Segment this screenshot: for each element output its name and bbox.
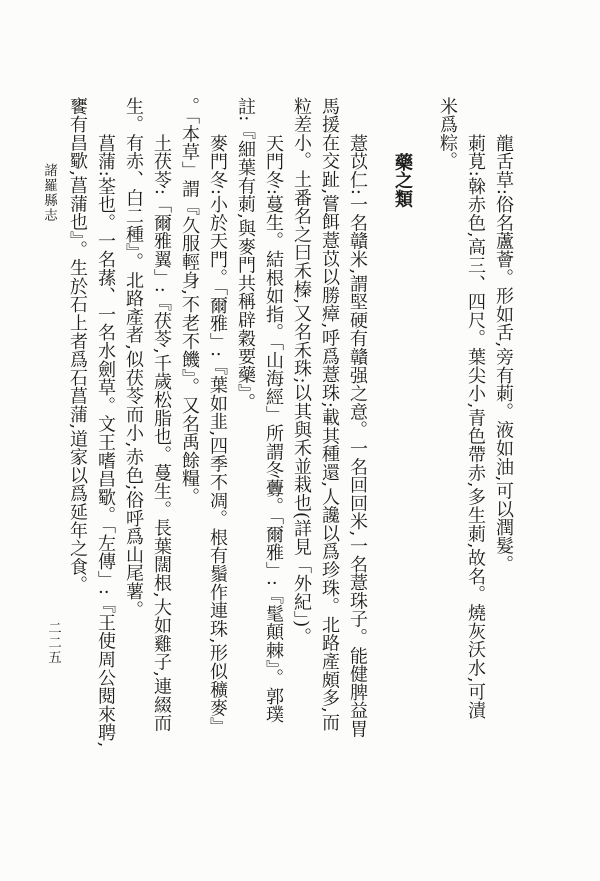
section-heading: 藥之類 bbox=[388, 97, 416, 797]
book-title: 諸羅縣志 bbox=[41, 163, 57, 223]
text-column: 天門冬:蔓生。結根如指。「山海經」所謂冬虋。「爾雅」:『髦顛棘』。郭璞 bbox=[259, 97, 287, 797]
body-text-block: 龍舌草:俗名蘆薈。形如舌,旁有莿。液如油,可以潤髮。 莿莧:榦赤色,高三、四尺。… bbox=[63, 97, 517, 797]
page-number: 二二五 bbox=[45, 621, 61, 665]
text-column: 莿莧:榦赤色,高三、四尺。葉尖小,青色帶赤,多生莿,故名。燒灰沃水,可漬 bbox=[461, 97, 489, 797]
text-column: 菖蒲:荃也。一名蓀、一名水劍草。文王嗜昌歜。「左傳」:『王使周公閱來聘, bbox=[91, 97, 119, 797]
text-column: 米爲粽。 bbox=[433, 97, 461, 797]
text-column: 土茯苓:「爾雅翼」:『茯苓,千歲松脂也。蔓生。長葉闊根,大如雞子,連綴而 bbox=[147, 97, 175, 797]
text-column: 。「本草」謂『久服輕身,不老不饑』。又名禹餘糧。 bbox=[175, 97, 203, 797]
text-column: 薏苡仁:一名贛米,謂堅硬有贛强之意。一名回回米,一名薏珠子。能健脾益胃 bbox=[343, 97, 371, 797]
text-column: 麥門冬:小於天門。「爾雅」:『葉如韭,四季不凋。根有鬚作連珠,形似穬麥』 bbox=[203, 97, 231, 797]
text-column: 馬援在交趾,嘗餌薏苡以勝瘴,呼爲薏珠;載其種還,人讒以爲珍珠。北路產頗多,而 bbox=[315, 97, 343, 797]
text-column: 饔有昌歜,菖蒲也』。生於石上者爲石菖蒲,道家以爲延年之食。 bbox=[63, 97, 91, 797]
text-column: 註:『細葉有莿,與麥門共稱辟穀要藥』。 bbox=[231, 97, 259, 797]
book-page-scan: 龍舌草:俗名蘆薈。形如舌,旁有莿。液如油,可以潤髮。 莿莧:榦赤色,高三、四尺。… bbox=[0, 0, 600, 881]
text-column: 粒差小。土番名之曰禾榛,又名禾珠;以其與禾並栽也(詳見「外紀」)。 bbox=[287, 97, 315, 797]
text-column: 生。有赤、白二種』。北路產者,似茯苓而小,赤色;俗呼爲山尾薯。 bbox=[119, 97, 147, 797]
text-column: 龍舌草:俗名蘆薈。形如舌,旁有莿。液如油,可以潤髮。 bbox=[489, 97, 517, 797]
